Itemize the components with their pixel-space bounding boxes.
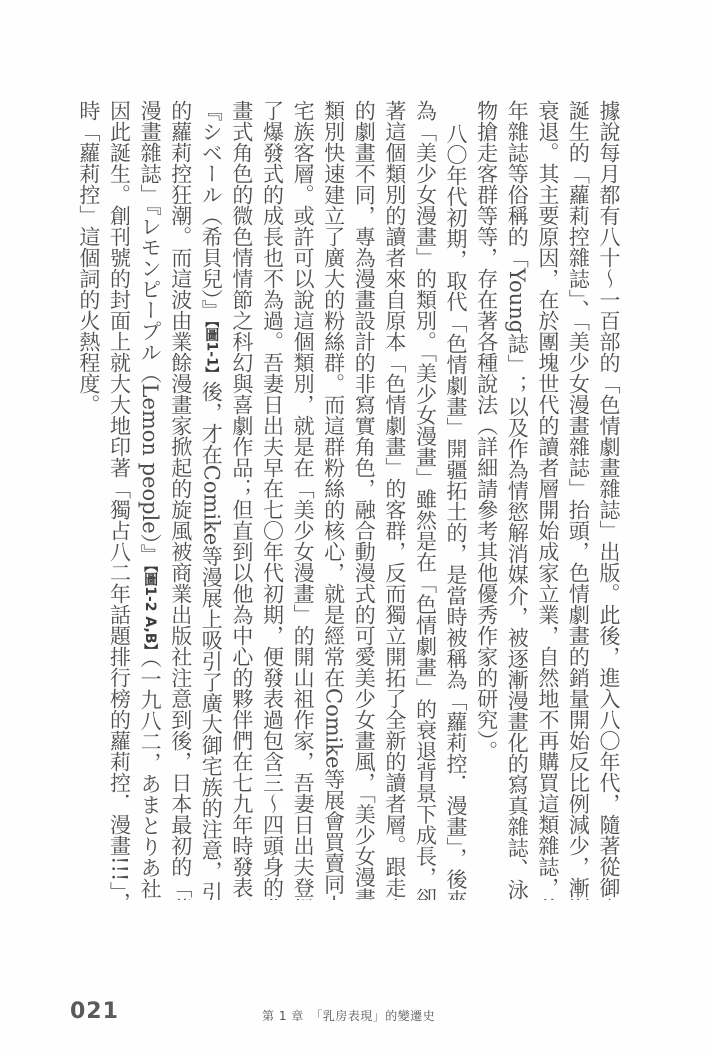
figure-reference-1-1: 【圖1-1】 <box>203 321 219 381</box>
column-14-text-b: 後，才在Comike等漫展上吸引了廣大御宅族的注意，引發巨大 <box>199 381 223 900</box>
text-column-6-paragraph-start: 八〇年代初期，取代「色情劇畫」開疆拓土的，是當時被稱為「蘿莉控．漫畫」，後來正名 <box>440 100 471 900</box>
text-column-13: 畫式角色的微色情情節之科幻與喜劇作品；但直到以他為中心的夥伴們在七九年時發表了同… <box>226 100 257 900</box>
text-column-12: 了爆發式的成長也不為過。吾妻日出夫早在七〇年代初期，便發表過包含三～四頭身的非寫… <box>257 100 288 900</box>
text-column-14: 『シベール（希貝兒）』【圖1-1】後，才在Comike等漫展上吸引了廣大御宅族的… <box>196 100 227 900</box>
column-14-text-a: 『シベール（希貝兒）』 <box>199 100 223 321</box>
text-column-9: 的劇畫不同，專為漫畫設計的非寫實角色，融合動漫式的可愛美少女畫風，「美少女漫畫」… <box>349 100 380 900</box>
page-footer: 021 第 1 章 「乳房表現」的變遷史 <box>0 995 712 1035</box>
text-column-15: 的蘿莉控狂潮。而這波由業餘漫畫家掀起的旋風被商業出版社注意到後，日本最初的「蘿莉… <box>165 100 196 900</box>
text-column-8: 著這個類別的讀者來自原本「色情劇畫」的客群，反而獨立開拓了全新的讀者層。跟走寫實… <box>379 100 410 900</box>
text-column-2: 誕生的「蘿莉控雜誌」、「美少女漫畫雜誌」抬頭，色情劇畫的銷量開始反比例減少，漸漸… <box>563 100 594 900</box>
text-column-17: 因此誕生。創刊號的封面上就大大地印著「獨占八二年話題排行榜的蘿莉控．漫畫!!!」… <box>104 100 135 900</box>
column-16-text-a: 漫畫雜誌」『レモンピープル（Lemon people）』 <box>138 100 162 565</box>
text-column-16: 漫畫雜誌」『レモンピープル（Lemon people）』【圖1-2 A,B】（一… <box>135 100 166 900</box>
text-column-3: 衰退。其主要原因，在於團塊世代的讀者層開始成家立業，自然地不再購買這類雜誌，移動… <box>532 100 563 900</box>
page-number: 021 <box>70 999 119 1024</box>
chapter-title: 第 1 章 「乳房表現」的變遷史 <box>262 1007 435 1024</box>
body-text: 據說每月都有八十～一百部的「色情劇畫雜誌」出版。此後，進入八〇年代，隨著從御宅文… <box>73 100 624 900</box>
book-page: 據說每月都有八十～一百部的「色情劇畫雜誌」出版。此後，進入八〇年代，隨著從御宅文… <box>0 0 712 1050</box>
text-column-10: 類別快速建立了廣大的粉絲群。而這群粉絲的核心，就是經常在Comike等展會買賣同… <box>318 100 349 900</box>
text-column-11: 宅族客層。或許可以說這個類別，就是在「美少女漫畫」的開山祖作家，吾妻日出夫登場後… <box>287 100 318 900</box>
text-column-5: 物搶走客群等等，存在著各種說法（詳細請參考其他優秀作家的研究）。 <box>471 100 502 900</box>
text-column-18: 時「蘿莉控」這個詞的火熱程度。 <box>73 100 104 900</box>
text-column-7: 為「美少女漫畫」的類別。「美少女漫畫」雖然是在「色情劇畫」的衰退背景下成長，卻不… <box>410 100 441 900</box>
figure-reference-1-2: 【圖1-2 A,B】 <box>142 565 158 657</box>
text-column-4: 年雜誌等俗稱的「Young誌」；以及作為情慾解消媒介，被逐漸漫畫化的寫真雜誌、泳… <box>502 100 533 900</box>
column-16-text-b: （一九八二，あまとりあ社）才 <box>138 658 162 901</box>
text-column-1: 據說每月都有八十～一百部的「色情劇畫雜誌」出版。此後，進入八〇年代，隨著從御宅文… <box>593 100 624 900</box>
